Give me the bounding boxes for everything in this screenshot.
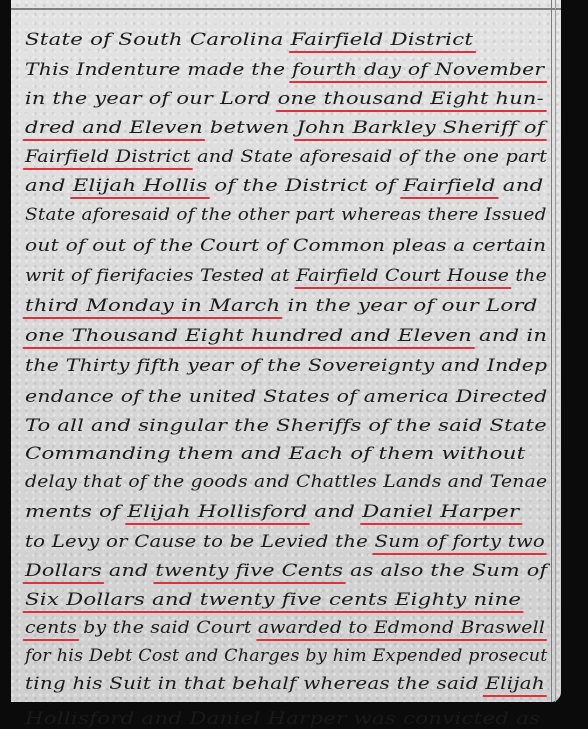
text-segment: to Levy or Cause to be Levied the [25,532,375,552]
text-segment: and [25,176,73,196]
text-segment: in the year of our Lord [25,89,278,109]
text-segment: and in [472,326,547,346]
text-segment: and [102,561,155,581]
text-segment: writ of fierifacies Tested at [25,266,296,286]
text-line: ments of Elijah Hollisford and Daniel Ha… [25,502,519,522]
underlined-text: Fairfield Court House [296,266,509,286]
underlined-text: Daniel Harper [189,709,346,729]
text-segment: was convicted as [347,709,541,729]
underlined-text: John Barkley Sheriff of [296,118,544,138]
margin-rule [551,0,552,702]
text-segment: and [135,709,190,729]
text-line: third Monday in March in the year of our… [25,296,538,316]
underlined-text: third Monday in March [25,296,280,316]
text-segment: and [496,176,544,196]
text-line: Dollars and twenty five Cents as also th… [25,561,547,581]
text-line: This Indenture made the fourth day of No… [25,60,544,80]
text-line: State aforesaid of the other part wherea… [25,205,547,225]
text-line: ting his Suit in that behalf whereas the… [25,674,545,694]
text-segment: State aforesaid of the other part wherea… [25,205,547,225]
text-segment: of the District of [207,176,403,196]
underlined-text: Fairfield District [25,147,191,167]
underlined-text: cents [25,618,77,638]
underlined-text: Six Dollars and twenty five cents Eighty… [25,590,521,610]
text-line: one Thousand Eight hundred and Eleven an… [25,326,547,346]
text-segment: the Thirty fifth year of the Sovereignty… [25,356,547,376]
underlined-text: fourth day of November [292,60,544,80]
underlined-text: awarded to Edmond Braswell [258,618,545,638]
document-page: State of South Carolina Fairfield Distri… [11,0,561,702]
text-line: To all and singular the Sheriffs of the … [25,416,547,436]
underlined-text: Elijah Hollis [73,176,208,196]
text-segment: State of South Carolina [25,30,291,50]
text-line: Six Dollars and twenty five cents Eighty… [25,590,521,610]
underlined-text: Hollisford [25,709,135,729]
text-segment: for his Debt Cost and Charges by him Exp… [25,646,548,666]
text-line: writ of fierifacies Tested at Fairfield … [25,266,547,286]
text-segment: and [307,502,362,522]
underlined-text: one Thousand Eight hundred and Eleven [25,326,472,346]
text-line: Hollisford and Daniel Harper was convict… [25,709,540,729]
underlined-text: dred and Eleven [25,118,203,138]
text-segment: Commanding them and Each of them without [25,444,525,464]
text-line: State of South Carolina Fairfield Distri… [25,30,473,50]
text-line: and Elijah Hollis of the District of Fai… [25,176,543,196]
text-segment: out of out of the Court of Common pleas … [25,236,546,256]
text-segment: To all and singular the Sheriffs of the … [25,416,547,436]
underlined-text: Dollars [25,561,102,581]
text-line: for his Debt Cost and Charges by him Exp… [25,646,548,666]
text-line: delay that of the goods and Chattles Lan… [25,472,547,492]
underlined-text: Fairfield District [291,30,474,50]
underlined-text: Elijah Hollisford [127,502,307,522]
text-segment: in the year of our Lord [280,296,537,316]
text-line: endance of the united States of america … [25,387,547,407]
underlined-text: Fairfield [403,176,496,196]
text-segment: ments of [25,502,127,522]
underlined-text: Daniel Harper [362,502,519,522]
text-segment: as also the Sum of [343,561,547,581]
underlined-text: Elijah [485,674,545,694]
text-line: out of out of the Court of Common pleas … [25,236,546,256]
underlined-text: one thousand Eight hun- [278,89,544,109]
text-line: Fairfield District and State aforesaid o… [25,147,547,167]
text-segment: and State aforesaid of the one part [191,147,548,167]
text-line: to Levy or Cause to be Levied the Sum of… [25,532,545,552]
underlined-text: twenty five Cents [155,561,343,581]
text-line: Commanding them and Each of them without [25,444,525,464]
header-rule [11,8,561,10]
text-segment: This Indenture made the [25,60,292,80]
text-line: the Thirty fifth year of the Sovereignty… [25,356,547,376]
underlined-text: Sum of forty two [375,532,546,552]
margin-rule-secondary [555,0,556,702]
text-line: dred and Eleven betwen John Barkley Sher… [25,118,545,138]
text-segment: ting his Suit in that behalf whereas the… [25,674,485,694]
text-segment: delay that of the goods and Chattles Lan… [25,472,547,492]
text-line: cents by the said Court awarded to Edmon… [25,618,545,638]
scan-border-right [561,0,588,729]
text-segment: endance of the united States of america … [25,387,547,407]
text-segment: by the said Court [77,618,258,638]
text-segment: betwen [203,118,296,138]
text-segment: the [509,266,547,286]
text-line: in the year of our Lord one thousand Eig… [25,89,544,109]
